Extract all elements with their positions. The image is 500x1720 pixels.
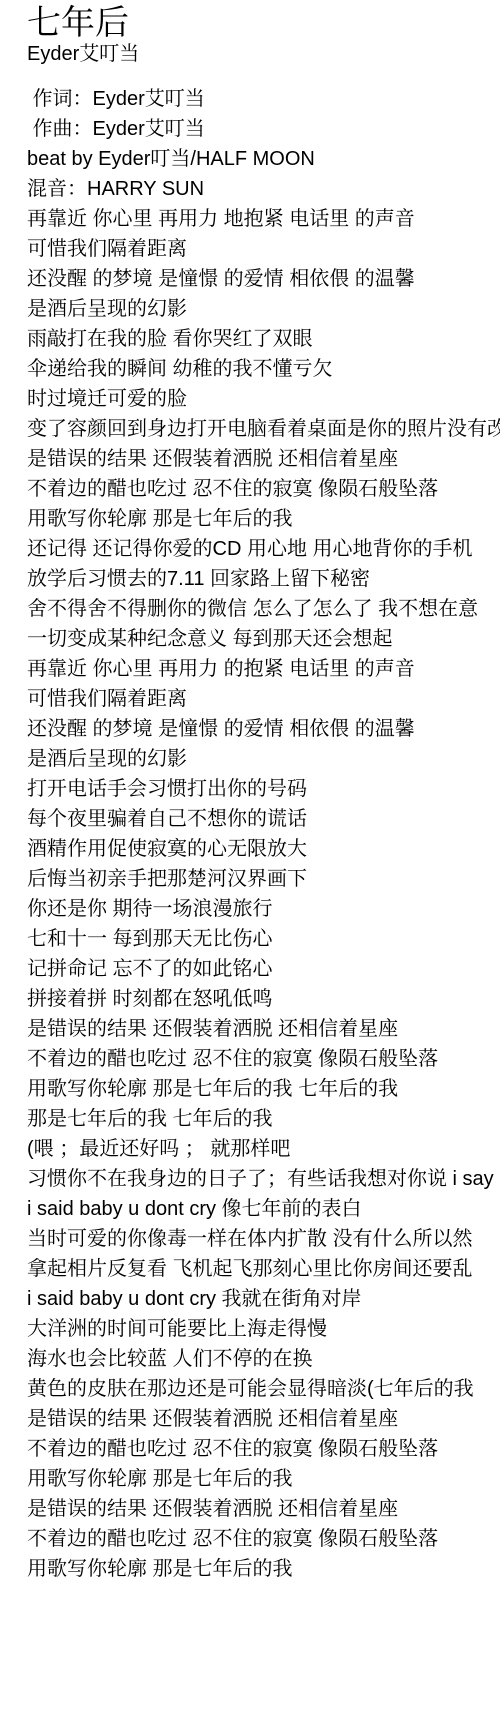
lyric-line: 可惜我们隔着距离 xyxy=(27,234,500,264)
lyric-line: 是错误的结果 还假装着洒脱 还相信着星座 xyxy=(27,1014,500,1044)
lyric-line: 你还是你 期待一场浪漫旅行 xyxy=(27,894,500,924)
lyric-line: 用歌写你轮廓 那是七年后的我 xyxy=(27,504,500,534)
lyric-line: 不着边的醋也吃过 忍不住的寂寞 像陨石般坠落 xyxy=(27,1044,500,1074)
lyric-line: 酒精作用促使寂寞的心无限放大 xyxy=(27,834,500,864)
lyric-line: i said baby u dont cry 像七年前的表白 xyxy=(27,1194,500,1224)
lyric-line: 还没醒 的梦境 是憧憬 的爱情 相依偎 的温馨 xyxy=(27,264,500,294)
lyrics-page: 七年后 Eyder艾叮当 作词：Eyder艾叮当 作曲：Eyder艾叮当beat… xyxy=(0,0,500,1720)
lyric-line: 雨敲打在我的脸 看你哭红了双眼 xyxy=(27,324,500,354)
lyric-line: 再靠近 你心里 再用力 地抱紧 电话里 的声音 xyxy=(27,204,500,234)
lyric-line: 用歌写你轮廓 那是七年后的我 xyxy=(27,1464,500,1494)
credit-line: beat by Eyder叮当/HALF MOON xyxy=(27,144,500,174)
lyric-line: 一切变成某种纪念意义 每到那天还会想起 xyxy=(27,624,500,654)
credit-line: 作词：Eyder艾叮当 xyxy=(27,84,500,114)
song-title: 七年后 xyxy=(27,4,500,42)
lyric-line: 海水也会比较蓝 人们不停的在换 xyxy=(27,1344,500,1374)
lyric-line: 每个夜里骗着自己不想你的谎话 xyxy=(27,804,500,834)
lyric-line: 伞递给我的瞬间 幼稚的我不懂亏欠 xyxy=(27,354,500,384)
lyric-line: 不着边的醋也吃过 忍不住的寂寞 像陨石般坠落 xyxy=(27,474,500,504)
lyric-line: 拿起相片反复看 飞机起飞那刻心里比你房间还要乱 xyxy=(27,1254,500,1284)
lyric-line: 后悔当初亲手把那楚河汉界画下 xyxy=(27,864,500,894)
lyric-line: 习惯你不在我身边的日子了；有些话我想对你说 i say xyxy=(27,1164,500,1194)
lyric-line: 变了容颜回到身边打开电脑看着桌面是你的照片没有改 xyxy=(27,414,500,444)
lyric-line: 再靠近 你心里 再用力 的抱紧 电话里 的声音 xyxy=(27,654,500,684)
lyric-line: 黄色的皮肤在那边还是可能会显得暗淡(七年后的我 xyxy=(27,1374,500,1404)
lyric-line: 记拼命记 忘不了的如此铭心 xyxy=(27,954,500,984)
credit-line: 混音：HARRY SUN xyxy=(27,174,500,204)
lyric-line: i said baby u dont cry 我就在街角对岸 xyxy=(27,1284,500,1314)
credit-line: 作曲：Eyder艾叮当 xyxy=(27,114,500,144)
lyric-line: 不着边的醋也吃过 忍不住的寂寞 像陨石般坠落 xyxy=(27,1524,500,1554)
lyric-line: 大洋洲的时间可能要比上海走得慢 xyxy=(27,1314,500,1344)
artist-name: Eyder艾叮当 xyxy=(27,42,500,66)
lyric-line: 那是七年后的我 七年后的我 xyxy=(27,1104,500,1134)
lyric-line: 是错误的结果 还假装着洒脱 还相信着星座 xyxy=(27,1494,500,1524)
lyric-line: 是错误的结果 还假装着洒脱 还相信着星座 xyxy=(27,1404,500,1434)
lyric-line: 用歌写你轮廓 那是七年后的我 七年后的我 xyxy=(27,1074,500,1104)
lyric-line: 打开电话手会习惯打出你的号码 xyxy=(27,774,500,804)
lyric-line: 可惜我们隔着距离 xyxy=(27,684,500,714)
lyric-line: 当时可爱的你像毒一样在体内扩散 没有什么所以然 xyxy=(27,1224,500,1254)
lyric-line: 是酒后呈现的幻影 xyxy=(27,294,500,324)
lyric-line: 是错误的结果 还假装着洒脱 还相信着星座 xyxy=(27,444,500,474)
credits-block: 作词：Eyder艾叮当 作曲：Eyder艾叮当beat by Eyder叮当/H… xyxy=(27,84,500,204)
lyric-line: 还记得 还记得你爱的CD 用心地 用心地背你的手机 xyxy=(27,534,500,564)
lyric-line: 时过境迁可爱的脸 xyxy=(27,384,500,414)
lyric-line: 拼接着拼 时刻都在怒吼低鸣 xyxy=(27,984,500,1014)
lyric-line: 用歌写你轮廓 那是七年后的我 xyxy=(27,1554,500,1584)
lyric-line: (喂 ；最近还好吗 ； 就那样吧 xyxy=(27,1134,500,1164)
lyric-line: 不着边的醋也吃过 忍不住的寂寞 像陨石般坠落 xyxy=(27,1434,500,1464)
lyric-line: 放学后习惯去的7.11 回家路上留下秘密 xyxy=(27,564,500,594)
lyric-line: 还没醒 的梦境 是憧憬 的爱情 相依偎 的温馨 xyxy=(27,714,500,744)
lyrics-block: 再靠近 你心里 再用力 地抱紧 电话里 的声音可惜我们隔着距离还没醒 的梦境 是… xyxy=(27,204,500,1584)
lyric-line: 舍不得舍不得删你的微信 怎么了怎么了 我不想在意 xyxy=(27,594,500,624)
lyric-line: 七和十一 每到那天无比伤心 xyxy=(27,924,500,954)
lyric-line: 是酒后呈现的幻影 xyxy=(27,744,500,774)
